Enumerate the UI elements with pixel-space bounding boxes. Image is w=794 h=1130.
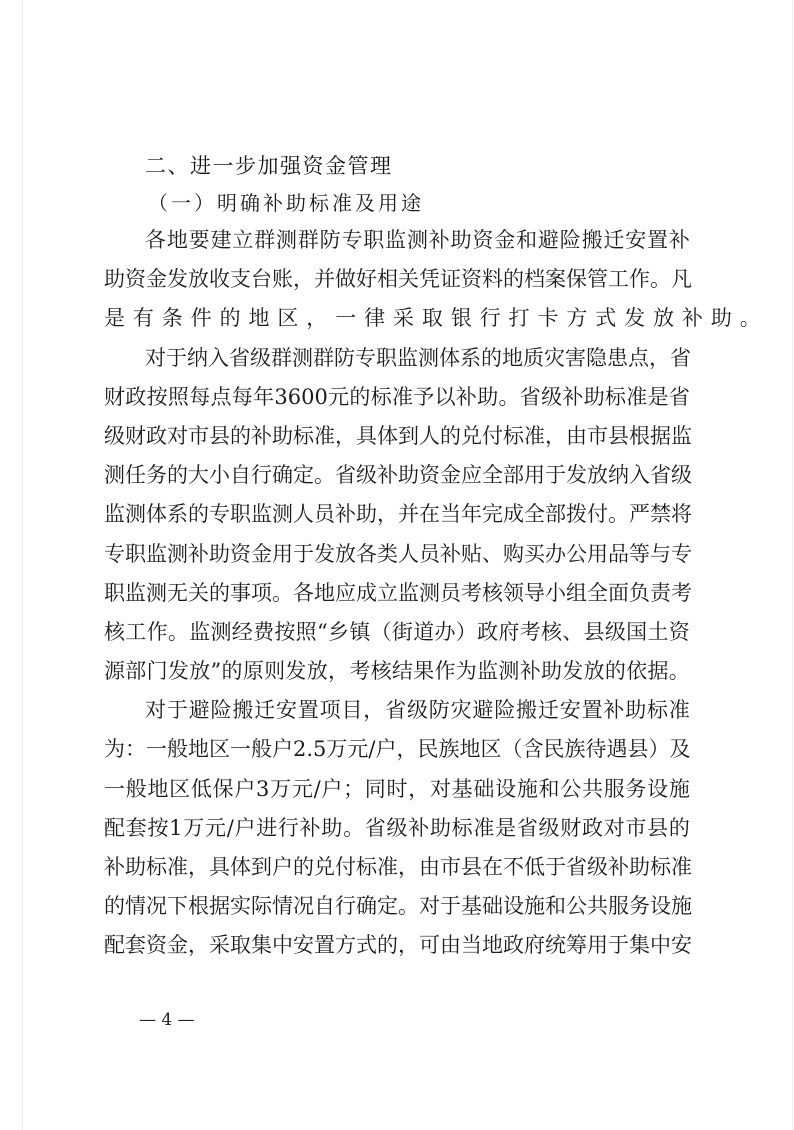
page-number: — 4 — <box>139 1008 195 1032</box>
text-line: 各地要建立群测群防专职监测补助资金和避险搬迁安置补 <box>104 221 690 260</box>
text-line: 一般地区低保户3万元/户；同时，对基础设施和公共服务设施 <box>104 770 690 809</box>
text-line: 对于避险搬迁安置项目，省级防灾避险搬迁安置补助标准 <box>104 691 690 730</box>
document-page: 二、进一步加强资金管理 （一）明确补助标准及用途 各地要建立群测群防专职监测补助… <box>0 0 794 1130</box>
body-text: 各地要建立群测群防专职监测补助资金和避险搬迁安置补 助资金发放收支台账，并做好相… <box>104 221 690 966</box>
section-heading: 二、进一步加强资金管理 <box>145 153 393 179</box>
text-line: 是有条件的地区，一律采取银行打卡方式发放补助。 <box>104 299 690 338</box>
text-line: 配套资金，采取集中安置方式的，可由当地政府统筹用于集中安 <box>104 926 690 965</box>
text-line: 测任务的大小自行确定。省级补助资金应全部用于发放纳入省级 <box>104 456 690 495</box>
paragraph-3: 对于避险搬迁安置项目，省级防灾避险搬迁安置补助标准 为：一般地区一般户2.5万元… <box>104 691 690 965</box>
text-line: 助资金发放收支台账，并做好相关凭证资料的档案保管工作。凡 <box>104 260 690 299</box>
text-line: 为：一般地区一般户2.5万元/户，民族地区（含民族待遇县）及 <box>104 730 690 769</box>
text-line: 补助标准，具体到户的兑付标准，由市县在不低于省级补助标准 <box>104 848 690 887</box>
scan-edge-left <box>22 0 23 1130</box>
scan-edge-right <box>792 0 793 1130</box>
paragraph-1: 各地要建立群测群防专职监测补助资金和避险搬迁安置补 助资金发放收支台账，并做好相… <box>104 221 690 339</box>
text-line: 职监测无关的事项。各地应成立监测员考核领导小组全面负责考 <box>104 574 690 613</box>
text-line: 级财政对市县的补助标准，具体到人的兑付标准，由市县根据监 <box>104 417 690 456</box>
sub-heading: （一）明确补助标准及用途 <box>148 190 424 216</box>
text-line: 专职监测补助资金用于发放各类人员补贴、购买办公用品等与专 <box>104 535 690 574</box>
paragraph-2: 对于纳入省级群测群防专职监测体系的地质灾害隐患点，省 财政按照每点每年3600元… <box>104 339 690 692</box>
text-line: 监测体系的专职监测人员补助，并在当年完成全部拨付。严禁将 <box>104 495 690 534</box>
text-line: 配套按1万元/户进行补助。省级补助标准是省级财政对市县的 <box>104 809 690 848</box>
text-line: 财政按照每点每年3600元的标准予以补助。省级补助标准是省 <box>104 378 690 417</box>
text-line: 的情况下根据实际情况自行确定。对于基础设施和公共服务设施 <box>104 887 690 926</box>
text-line: 对于纳入省级群测群防专职监测体系的地质灾害隐患点，省 <box>104 339 690 378</box>
text-line: 源部门发放”的原则发放，考核结果作为监测补助发放的依据。 <box>104 652 690 691</box>
text-line: 核工作。监测经费按照“乡镇（街道办）政府考核、县级国土资 <box>104 613 690 652</box>
